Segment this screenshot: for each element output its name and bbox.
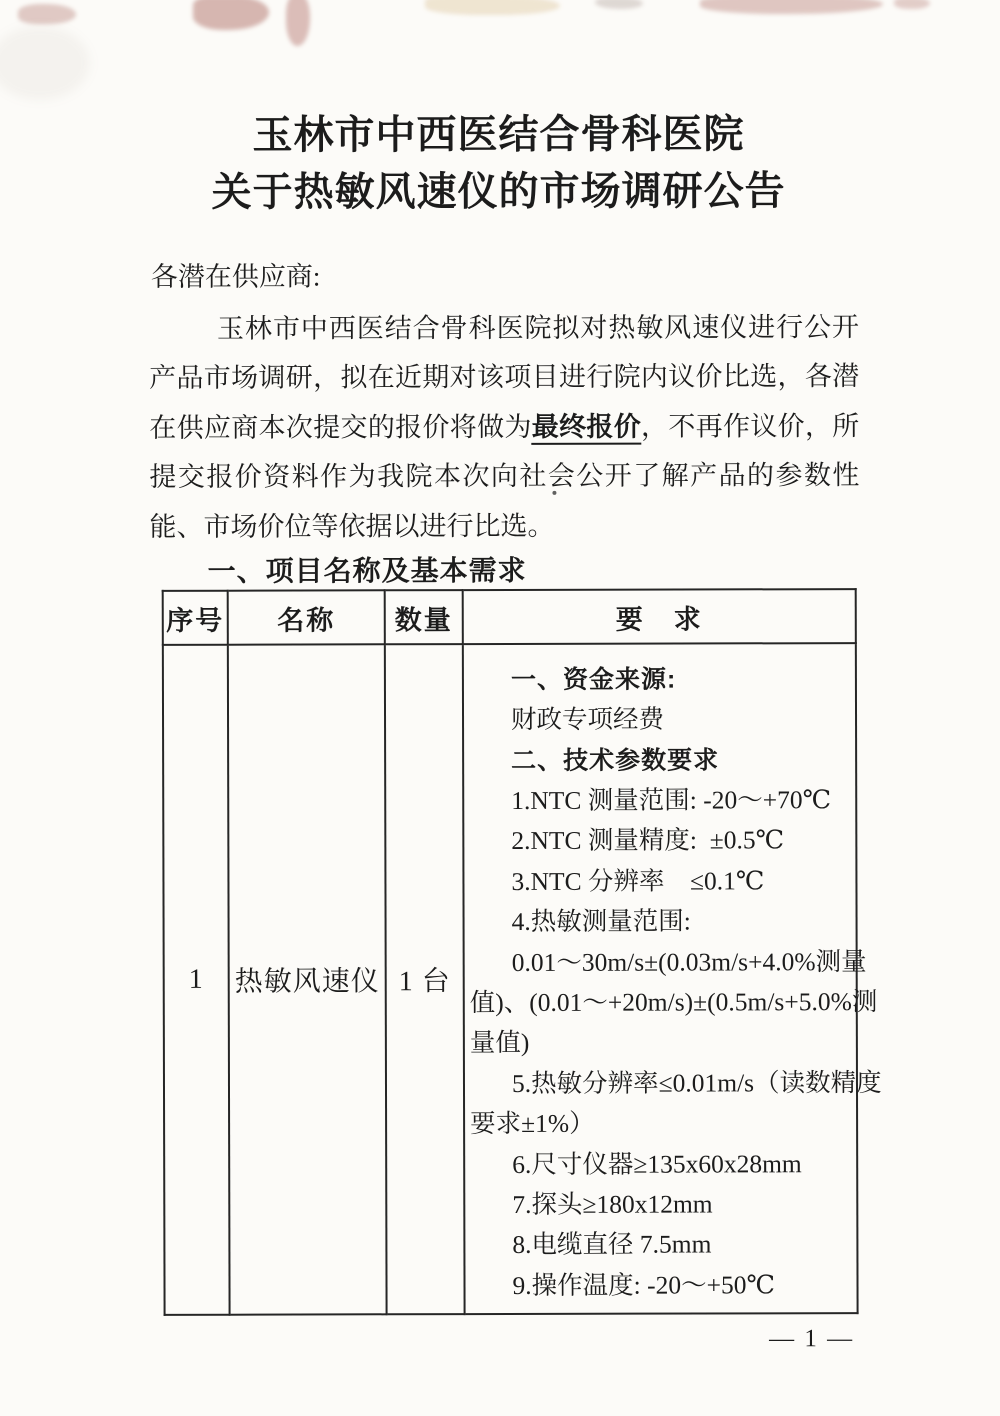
document-title: 玉林市中西医结合骨科医院 关于热敏风速仪的市场调研公告 — [0, 105, 999, 222]
scanned-document-page: 玉林市中西医结合骨科医院 关于热敏风速仪的市场调研公告 各潜在供应商: 玉林市中… — [0, 0, 1000, 1416]
requirement-line: 9.操作温度: -20～+50℃ — [470, 1265, 852, 1306]
cell-name: 热敏风速仪 — [228, 644, 387, 1314]
cell-requirements: 一、资金来源: 财政专项经费 二、技术参数要求 1.NTC 测量范围: -20～… — [463, 643, 858, 1314]
requirement-line: 7.探头≥180x12mm — [470, 1184, 852, 1225]
document-title-line1: 玉林市中西医结合骨科医院 — [0, 105, 999, 165]
requirement-line: 8.电缆直径 7.5mm — [470, 1225, 852, 1266]
paragraph-line: 能、市场价位等依据以进行比选。 — [149, 501, 859, 552]
requirement-line: 5.热敏分辨率≤0.01m/s（读数精度 — [470, 1063, 852, 1104]
salutation: 各潜在供应商: — [151, 254, 321, 293]
requirement-line: 2.NTC 测量精度: ±0.5℃ — [469, 820, 851, 861]
page-number: — 1 — — [762, 1325, 862, 1353]
document-title-line2: 关于热敏风速仪的市场调研公告 — [0, 162, 999, 222]
paragraph-line: 在供应商本次提交的报价将做为最终报价，不再作议价，所 — [149, 402, 859, 453]
col-header-index: 序号 — [163, 591, 228, 645]
cell-quantity: 1 台 — [385, 644, 465, 1314]
requirement-line: 值)、(0.01～+20m/s)±(0.5m/s+5.0%测 — [470, 982, 852, 1023]
paragraph-text: ，不再作议价，所 — [641, 411, 859, 442]
requirement-line: 1.NTC 测量范围: -20～+70℃ — [469, 780, 851, 821]
paragraph-line: 提交报价资料作为我院本次向社会公开了解产品的参数性 — [149, 451, 859, 502]
requirement-line: 要求±1%） — [470, 1103, 852, 1144]
requirement-line: 一、资金来源: — [469, 659, 851, 700]
paragraph-line: 产品市场调研，拟在近期对该项目进行院内议价比选，各潜 — [149, 352, 859, 403]
section-heading: 一、项目名称及基本需求 — [150, 548, 860, 590]
col-header-requirement: 要 求 — [463, 589, 856, 644]
requirement-line: 0.01～30m/s±(0.03m/s+4.0%测量 — [470, 942, 852, 983]
requirement-line: 6.尺寸仪器≥135x60x28mm — [470, 1144, 852, 1185]
requirement-line: 量值) — [470, 1022, 852, 1063]
paragraph-text: 在供应商本次提交的报价将做为 — [149, 412, 532, 443]
final-quote-emphasis: 最终报价 — [532, 411, 641, 444]
paragraph-line: 玉林市中西医结合骨科医院拟对热敏风速仪进行公开 — [149, 303, 859, 354]
col-header-name: 名称 — [228, 590, 385, 644]
requirement-line: 财政专项经费 — [469, 699, 851, 740]
table-row: 1 热敏风速仪 1 台 一、资金来源: 财政专项经费 二、技术参数要求 1.NT… — [163, 643, 858, 1315]
body-paragraph: 玉林市中西医结合骨科医院拟对热敏风速仪进行公开 产品市场调研，拟在近期对该项目进… — [149, 303, 860, 552]
requirement-line: 3.NTC 分辨率 ≤0.1℃ — [469, 861, 851, 902]
requirement-line: 二、技术参数要求 — [469, 740, 851, 781]
requirement-line: 4.热敏测量范围: — [470, 901, 852, 942]
cell-index: 1 — [163, 645, 230, 1315]
table-header-row: 序号 名称 数量 要 求 — [163, 589, 856, 645]
spec-table: 序号 名称 数量 要 求 1 热敏风速仪 1 台 一、资金来源: 财政专项经费 … — [162, 588, 859, 1316]
col-header-quantity: 数量 — [385, 590, 463, 644]
